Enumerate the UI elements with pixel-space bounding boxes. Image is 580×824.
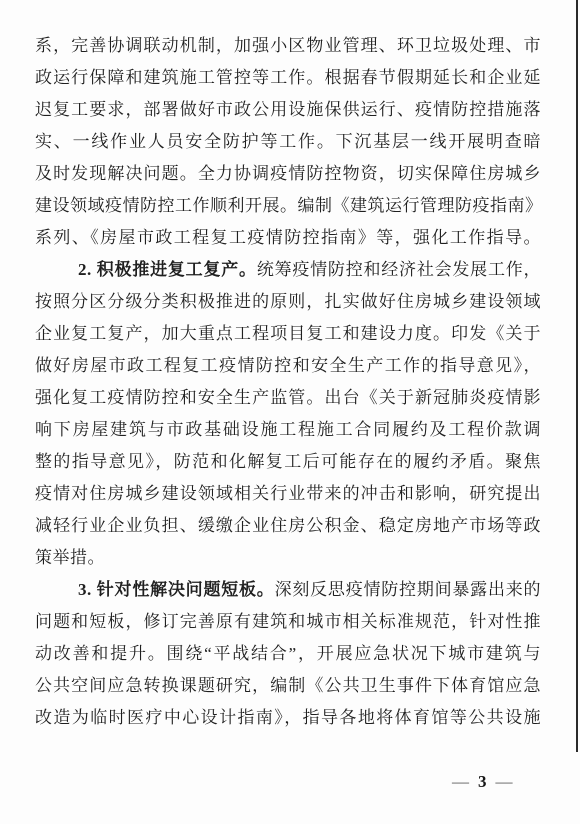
page-number-dash-left: — (452, 772, 469, 792)
line-text: 改造为临时医疗中心设计指南》，指导各地将体育馆等公共设施 (35, 708, 541, 727)
text-line: 问题和短板，修订完善原有建筑和城市相关标准规范，针对性推 (35, 606, 541, 638)
text-line: 系，完善协调联动机制，加强小区物业管理、环卫垃圾处理、市 (35, 30, 541, 62)
line-text: 减轻行业企业负担、缓缴企业住房公积金、稳定房地产市场等政 (35, 516, 541, 535)
line-text: 深刻反思疫情防控期间暴露出来的 (275, 580, 541, 599)
line-text: 问题和短板，修订完善原有建筑和城市相关标准规范，针对性推 (35, 612, 541, 631)
line-text: 及时发现解决问题。全力协调疫情防控物资，切实保障住房城乡 (35, 164, 541, 183)
page-number: — 3 — (452, 772, 513, 792)
text-line: 改造为临时医疗中心设计指南》，指导各地将体育馆等公共设施 (35, 702, 541, 734)
line-text: 按照分区分级分类积极推进的原则，扎实做好住房城乡建设领域 (35, 292, 541, 311)
text-line: 疫情对住房城乡建设领域相关行业带来的冲击和影响，研究提出 (35, 478, 541, 510)
line-text: 系列、《房屋市政工程复工疫情防控指南》等，强化工作指导。 (35, 228, 541, 247)
line-text: 整的指导意见》，防范和化解复工后可能存在的履约矛盾。聚焦 (35, 452, 541, 471)
text-line: 迟复工要求，部署做好市政公用设施保供运行、疫情防控措施落 (35, 94, 541, 126)
page-number-dash-right: — (496, 772, 513, 792)
text-line: 减轻行业企业负担、缓缴企业住房公积金、稳定房地产市场等政 (35, 510, 541, 542)
line-text: 做好房屋市政工程复工疫情防控和安全生产工作的指导意见》， (35, 356, 541, 375)
text-line: 及时发现解决问题。全力协调疫情防控物资，切实保障住房城乡 (35, 158, 541, 190)
line-text: 迟复工要求，部署做好市政公用设施保供运行、疫情防控措施落 (35, 100, 541, 119)
line-text: 统筹疫情防控和经济社会发展工作， (257, 260, 541, 279)
text-line: 系列、《房屋市政工程复工疫情防控指南》等，强化工作指导。 (35, 222, 541, 254)
line-text: 系，完善协调联动机制，加强小区物业管理、环卫垃圾处理、市 (35, 36, 541, 55)
text-line: 按照分区分级分类积极推进的原则，扎实做好住房城乡建设领域 (35, 286, 541, 318)
line-text: 公共空间应急转换课题研究，编制《公共卫生事件下体育馆应急 (35, 676, 541, 695)
line-text: 政运行保障和建筑施工管控等工作。根据春节假期延长和企业延 (35, 68, 541, 87)
text-line-paragraph-start: 2. 积极推进复工复产。统筹疫情防控和经济社会发展工作， (35, 254, 541, 286)
text-line-paragraph-start: 3. 针对性解决问题短板。深刻反思疫情防控期间暴露出来的 (35, 574, 541, 606)
line-bold-text: 2. 积极推进复工复产。 (78, 260, 257, 279)
line-text: 响下房屋建筑与市政基础设施工程施工合同履约及工程价款调 (35, 420, 541, 439)
line-text: 实、一线作业人员安全防护等工作。下沉基层一线开展明查暗访， (35, 132, 541, 158)
text-line: 实、一线作业人员安全防护等工作。下沉基层一线开展明查暗访， (35, 126, 541, 158)
text-line: 做好房屋市政工程复工疫情防控和安全生产工作的指导意见》， (35, 350, 541, 382)
text-line-paragraph-end: 策举措。 (35, 542, 541, 574)
line-text: 策举措。 (35, 548, 105, 567)
scan-edge-line (576, 0, 578, 752)
line-text: 企业复工复产，加大重点工程项目复工和建设力度。印发《关于 (35, 324, 541, 343)
text-line: 公共空间应急转换课题研究，编制《公共卫生事件下体育馆应急 (35, 670, 541, 702)
text-line: 政运行保障和建筑施工管控等工作。根据春节假期延长和企业延 (35, 62, 541, 94)
text-line: 建设领域疫情防控工作顺利开展。编制《建筑运行管理防疫指南》 (35, 190, 541, 222)
text-line: 动改善和提升。围绕“平战结合”，开展应急状况下城市建筑与 (35, 638, 541, 670)
line-text: 建设领域疫情防控工作顺利开展。编制《建筑运行管理防疫指南》 (35, 196, 541, 215)
text-line: 企业复工复产，加大重点工程项目复工和建设力度。印发《关于 (35, 318, 541, 350)
text-line: 响下房屋建筑与市政基础设施工程施工合同履约及工程价款调 (35, 414, 541, 446)
document-page: 系，完善协调联动机制，加强小区物业管理、环卫垃圾处理、市 政运行保障和建筑施工管… (0, 0, 580, 824)
document-body: 系，完善协调联动机制，加强小区物业管理、环卫垃圾处理、市 政运行保障和建筑施工管… (35, 30, 541, 734)
line-text: 强化复工疫情防控和安全生产监管。出台《关于新冠肺炎疫情影 (35, 388, 541, 407)
text-line: 整的指导意见》，防范和化解复工后可能存在的履约矛盾。聚焦 (35, 446, 541, 478)
line-bold-text: 3. 针对性解决问题短板。 (78, 580, 275, 599)
line-text: 疫情对住房城乡建设领域相关行业带来的冲击和影响，研究提出 (35, 484, 541, 503)
text-line: 强化复工疫情防控和安全生产监管。出台《关于新冠肺炎疫情影 (35, 382, 541, 414)
page-number-value: 3 (478, 772, 487, 792)
line-text: 动改善和提升。围绕“平战结合”，开展应急状况下城市建筑与 (35, 644, 541, 663)
